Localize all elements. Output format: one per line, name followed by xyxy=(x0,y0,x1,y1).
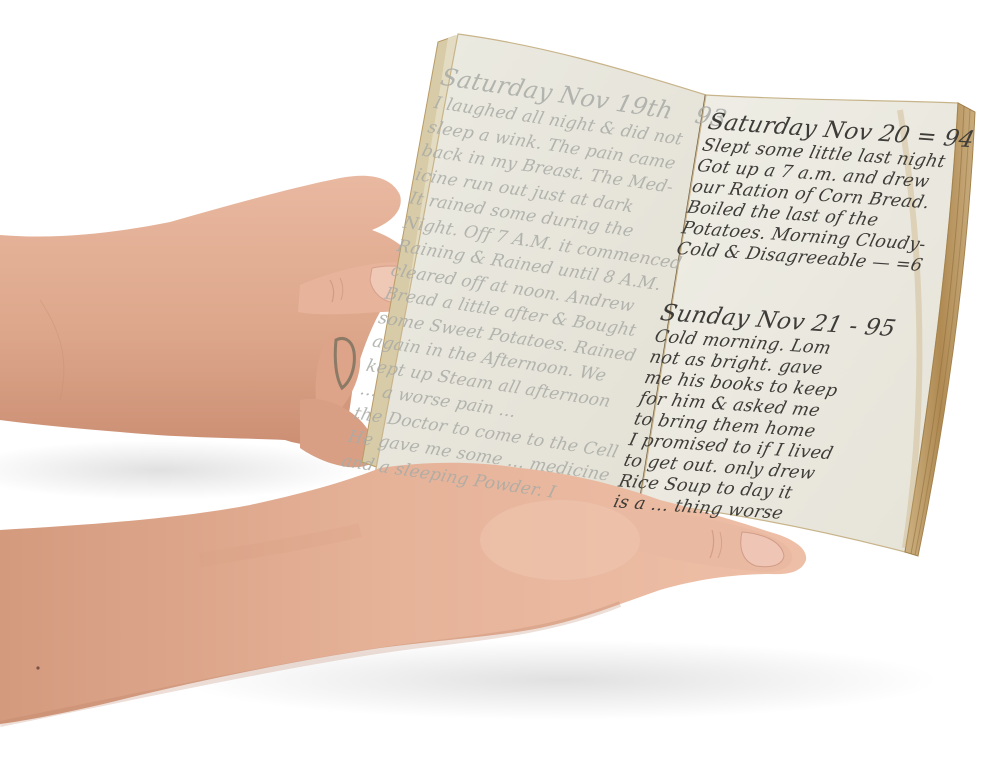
photo-scene: Saturday Nov 19th 93 I laughed all night… xyxy=(0,0,1000,763)
